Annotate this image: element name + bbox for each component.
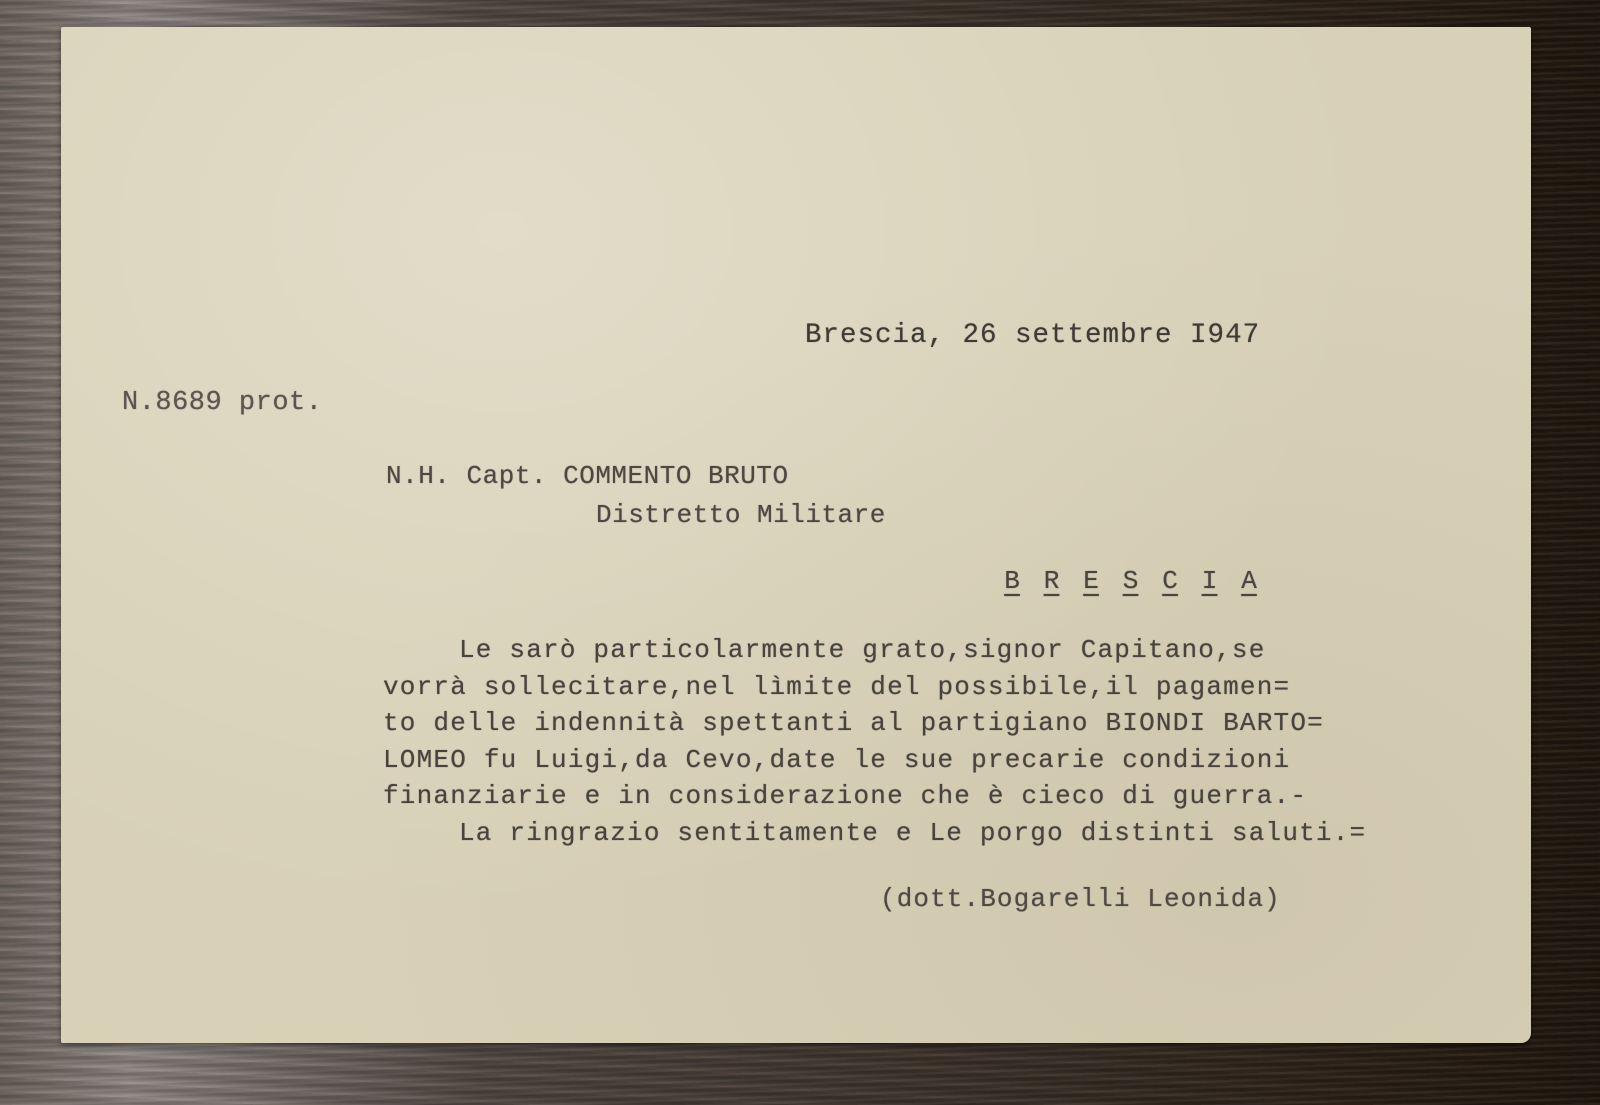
body-line: LOMEO fu Luigi,da Cevo,date le sue preca… [383, 745, 1290, 775]
recipient-office: Distretto Militare [596, 502, 886, 528]
protocol-number: N.8689 prot. [122, 390, 322, 417]
signature: (dott.Bogarelli Leonida) [880, 886, 1281, 912]
city-letter: C [1162, 568, 1202, 594]
recipient-name: N.H. Capt. COMMENTO BRUTO [386, 463, 789, 489]
city-letter: S [1123, 568, 1163, 594]
recipient-city: BRESCIA [973, 542, 1281, 594]
letter-body: Le sarò particolarmente grato,signor Cap… [383, 632, 1366, 851]
body-line: finanziarie e in considerazione che è ci… [383, 781, 1307, 811]
letter-paper [61, 27, 1531, 1043]
body-line: vorrà sollecitare,nel lìmite del possibi… [383, 672, 1290, 702]
body-line: La ringrazio sentitamente e Le porgo dis… [459, 818, 1366, 848]
body-line: Le sarò particolarmente grato,signor Cap… [459, 635, 1266, 665]
city-letter: I [1202, 568, 1242, 594]
body-line: to delle indennità spettanti al partigia… [383, 708, 1324, 738]
city-letter: E [1083, 568, 1123, 594]
city-letter: R [1044, 568, 1084, 594]
date-line: Brescia, 26 settembre I947 [805, 322, 1260, 350]
city-letter: B [1004, 568, 1044, 594]
city-letter: A [1241, 568, 1281, 594]
